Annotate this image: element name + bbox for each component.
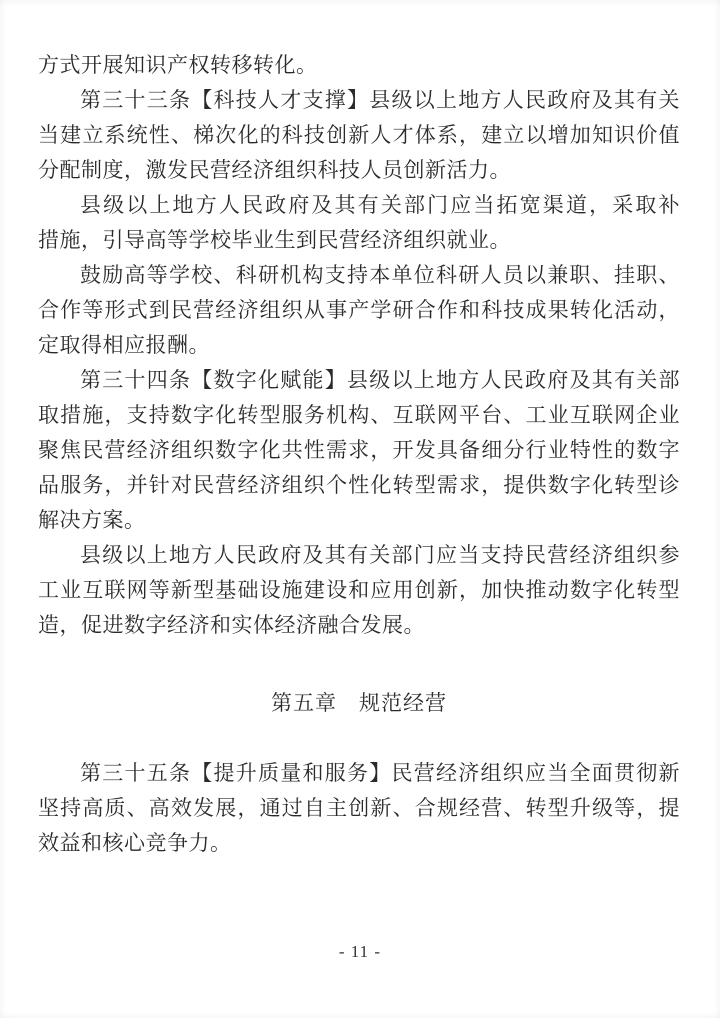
text-line: 鼓励高等学校、科研机构支持本单位科研人员以兼职、挂职、参与项目: [38, 258, 680, 293]
page-number: - 11 -: [0, 942, 720, 962]
text-line: 工业互联网等新型基础设施建设和应用创新，加快推动数字化转型和技术改: [38, 573, 680, 608]
page-content: 方式开展知识产权转移转化。第三十三条【科技人才支撑】县级以上地方人民政府及其有关…: [38, 48, 680, 861]
text-line: 当建立系统性、梯次化的科技创新人才体系，建立以增加知识价值为导向的: [38, 118, 680, 153]
document-page: 方式开展知识产权转移转化。第三十三条【科技人才支撑】县级以上地方人民政府及其有关…: [0, 0, 720, 1018]
text-line: 分配制度，激发民营经济组织科技人员创新活力。: [38, 153, 680, 188]
paragraph: 鼓励高等学校、科研机构支持本单位科研人员以兼职、挂职、参与项目合作等形式到民营经…: [38, 258, 680, 363]
paragraph: 方式开展知识产权转移转化。: [38, 48, 680, 83]
text-line: 解决方案。: [38, 503, 680, 538]
text-line: 第三十五条【提升质量和服务】民营经济组织应当全面贯彻新发展理念，: [38, 756, 680, 791]
text-line: 措施，引导高等学校毕业生到民营经济组织就业。: [38, 223, 680, 258]
text-line: 方式开展知识产权转移转化。: [38, 48, 680, 83]
text-line: 第三十四条【数字化赋能】县级以上地方人民政府及其有关部门应当采: [38, 363, 680, 398]
text-line: 合作等形式到民营经济组织从事产学研合作和科技成果转化活动，并按照规: [38, 293, 680, 328]
text-line: 品服务，并针对民营经济组织个性化转型需求，提供数字化转型诊断服务和: [38, 468, 680, 503]
text-line: 第三十三条【科技人才支撑】县级以上地方人民政府及其有关部门应: [38, 83, 680, 118]
paragraph: 县级以上地方人民政府及其有关部门应当拓宽渠道，采取补贴、奖励等措施，引导高等学校…: [38, 188, 680, 258]
text-line: 坚持高质、高效发展，通过自主创新、合规经营、转型升级等，提高质量、: [38, 791, 680, 826]
chapter-heading: 第五章 规范经营: [38, 678, 680, 721]
paragraph: 县级以上地方人民政府及其有关部门应当支持民营经济组织参与数据、工业互联网等新型基…: [38, 538, 680, 643]
paragraph: 第三十三条【科技人才支撑】县级以上地方人民政府及其有关部门应当建立系统性、梯次化…: [38, 83, 680, 188]
text-line: 取措施，支持数字化转型服务机构、互联网平台、工业互联网企业等主体，: [38, 398, 680, 433]
text-line: 聚焦民营经济组织数字化共性需求，开发具备细分行业特性的数字化转型产: [38, 433, 680, 468]
text-line: 定取得相应报酬。: [38, 328, 680, 363]
paragraph: 第三十四条【数字化赋能】县级以上地方人民政府及其有关部门应当采取措施，支持数字化…: [38, 363, 680, 538]
text-line: 效益和核心竞争力。: [38, 826, 680, 861]
paragraph: 第三十五条【提升质量和服务】民营经济组织应当全面贯彻新发展理念，坚持高质、高效发…: [38, 756, 680, 861]
text-line: 县级以上地方人民政府及其有关部门应当拓宽渠道，采取补贴、奖励等: [38, 188, 680, 223]
text-line: 造，促进数字经济和实体经济融合发展。: [38, 608, 680, 643]
text-line: 县级以上地方人民政府及其有关部门应当支持民营经济组织参与数据、: [38, 538, 680, 573]
